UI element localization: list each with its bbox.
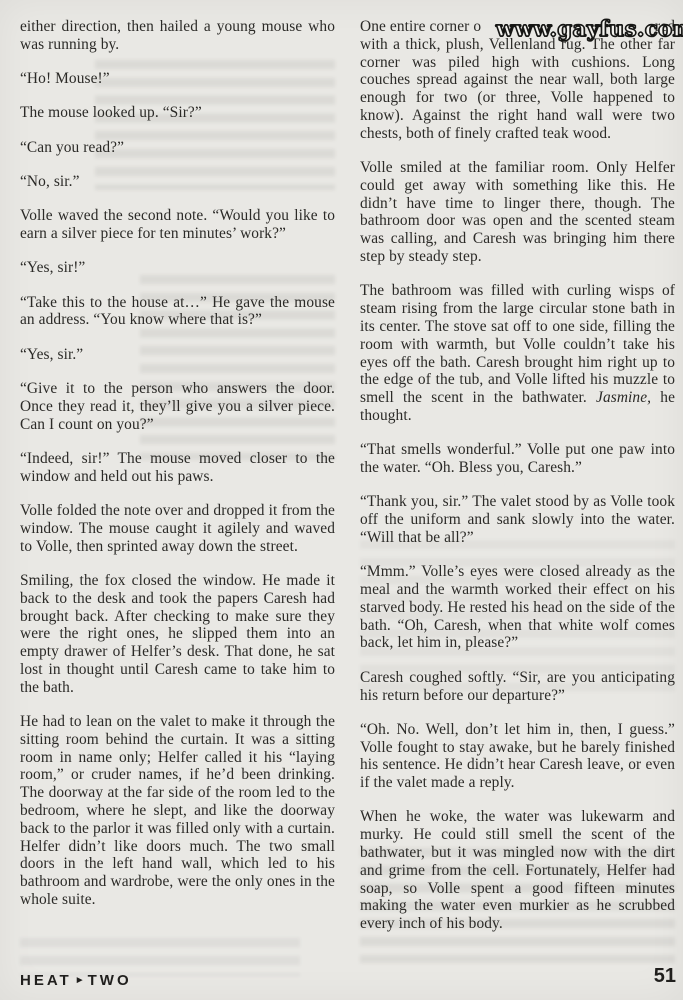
paragraph: with a thick, plush, Vellenland rug. The… [360,36,675,143]
paragraph: “No, sir.” [20,173,335,191]
paragraph: “Yes, sir.” [20,346,335,364]
right-column: One entire corner o red with a thick, pl… [360,18,675,950]
paragraph: Caresh coughed softly. “Sir, are you ant… [360,669,675,705]
running-footer: HEAT►TWO [20,972,132,989]
paragraph: “Give it to the person who answers the d… [20,380,335,433]
paragraph: Volle folded the note over and dropped i… [20,502,335,555]
paragraph: either direction, then hailed a young mo… [20,18,335,54]
paragraph: “Indeed, sir!” The mouse moved closer to… [20,450,335,486]
chapter-label: TWO [88,972,132,989]
paragraph: He had to lean on the valet to make it t… [20,713,335,909]
first-line-with-watermark-gap: One entire corner o red [360,18,675,36]
paragraph: “That smells wonderful.” Volle put one p… [360,441,675,477]
paragraph: Volle waved the second note. “Would you … [20,207,335,243]
book-page: either direction, then hailed a young mo… [0,0,683,1000]
paragraph: When he woke, the water was lukewarm and… [360,808,675,933]
paragraph: The bathroom was filled with curling wis… [360,282,675,424]
first-line-after-watermark: red [655,18,675,36]
two-column-text-block: either direction, then hailed a young mo… [20,18,675,950]
page-number: 51 [654,965,676,988]
paragraph: “Take this to the house at…” He gave the… [20,294,335,330]
paragraph: “Oh. No. Well, don’t let him in, then, I… [360,721,675,792]
text-segment: The bathroom was filled with curling wis… [360,282,675,406]
paragraph: “Thank you, sir.” The valet stood by as … [360,493,675,546]
paragraph: “Ho! Mouse!” [20,70,335,88]
paragraph: “Yes, sir!” [20,259,335,277]
left-column: either direction, then hailed a young mo… [20,18,335,950]
paragraph: Smiling, the fox closed the window. He m… [20,572,335,697]
italic-text: Jasmine, [596,389,651,406]
book-title: HEAT [20,972,72,989]
paragraph: “Mmm.” Volle’s eyes were closed already … [360,563,675,652]
arrow-right-icon: ► [72,975,88,986]
paragraph: “Can you read?” [20,139,335,157]
right-column-paragraphs: Volle smiled at the familiar room. Only … [360,159,675,933]
paragraph: Volle smiled at the familiar room. Only … [360,159,675,266]
paragraph: The mouse looked up. “Sir?” [20,104,335,122]
first-line-before-watermark: One entire corner o [360,18,481,36]
